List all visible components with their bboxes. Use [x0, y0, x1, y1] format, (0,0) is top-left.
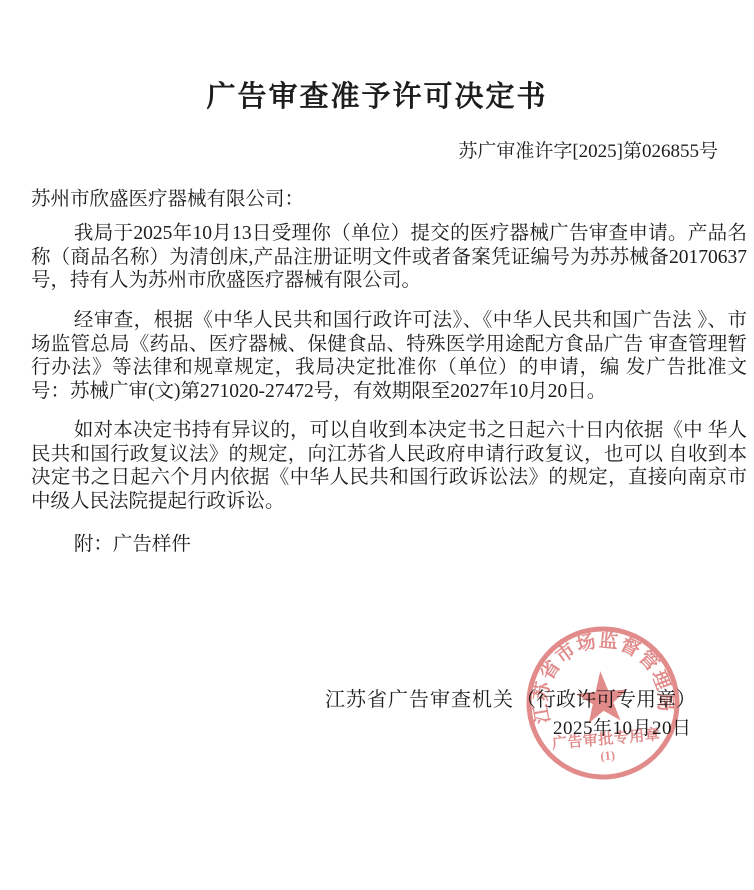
- signature-seal-note: （行政许可专用章）: [516, 683, 696, 712]
- body-paragraph-appeal: 如对本决定书持有异议的，可以自收到本决定书之日起六十日内依据《中 华人民共和国行…: [31, 419, 747, 514]
- decision-letter-page: 广告审查准予许可决定书 苏广审准许字[2025]第026855号 苏州市欣盛医疗…: [0, 0, 754, 890]
- body-paragraph-acceptance: 我局于2025年10月13日受理你（单位）提交的医疗器械广告审查申请。产品名称（…: [31, 222, 747, 293]
- signature-organization: 江苏省广告审查机关: [325, 683, 514, 712]
- body-paragraph-approval: 经审查，根据《中华人民共和国行政许可法》、《中华人民共和国广告法 》、市场监管总…: [31, 309, 747, 404]
- document-number: 苏广审准许字[2025]第026855号: [458, 136, 718, 163]
- seal-number: (1): [600, 748, 616, 763]
- attachment-line: 附：广告样件: [31, 528, 431, 556]
- page-title: 广告审查准予许可决定书: [0, 74, 754, 115]
- addressee-line: 苏州市欣盛医疗器械有限公司：: [31, 183, 304, 211]
- signature-date: 2025年10月20日: [553, 713, 692, 740]
